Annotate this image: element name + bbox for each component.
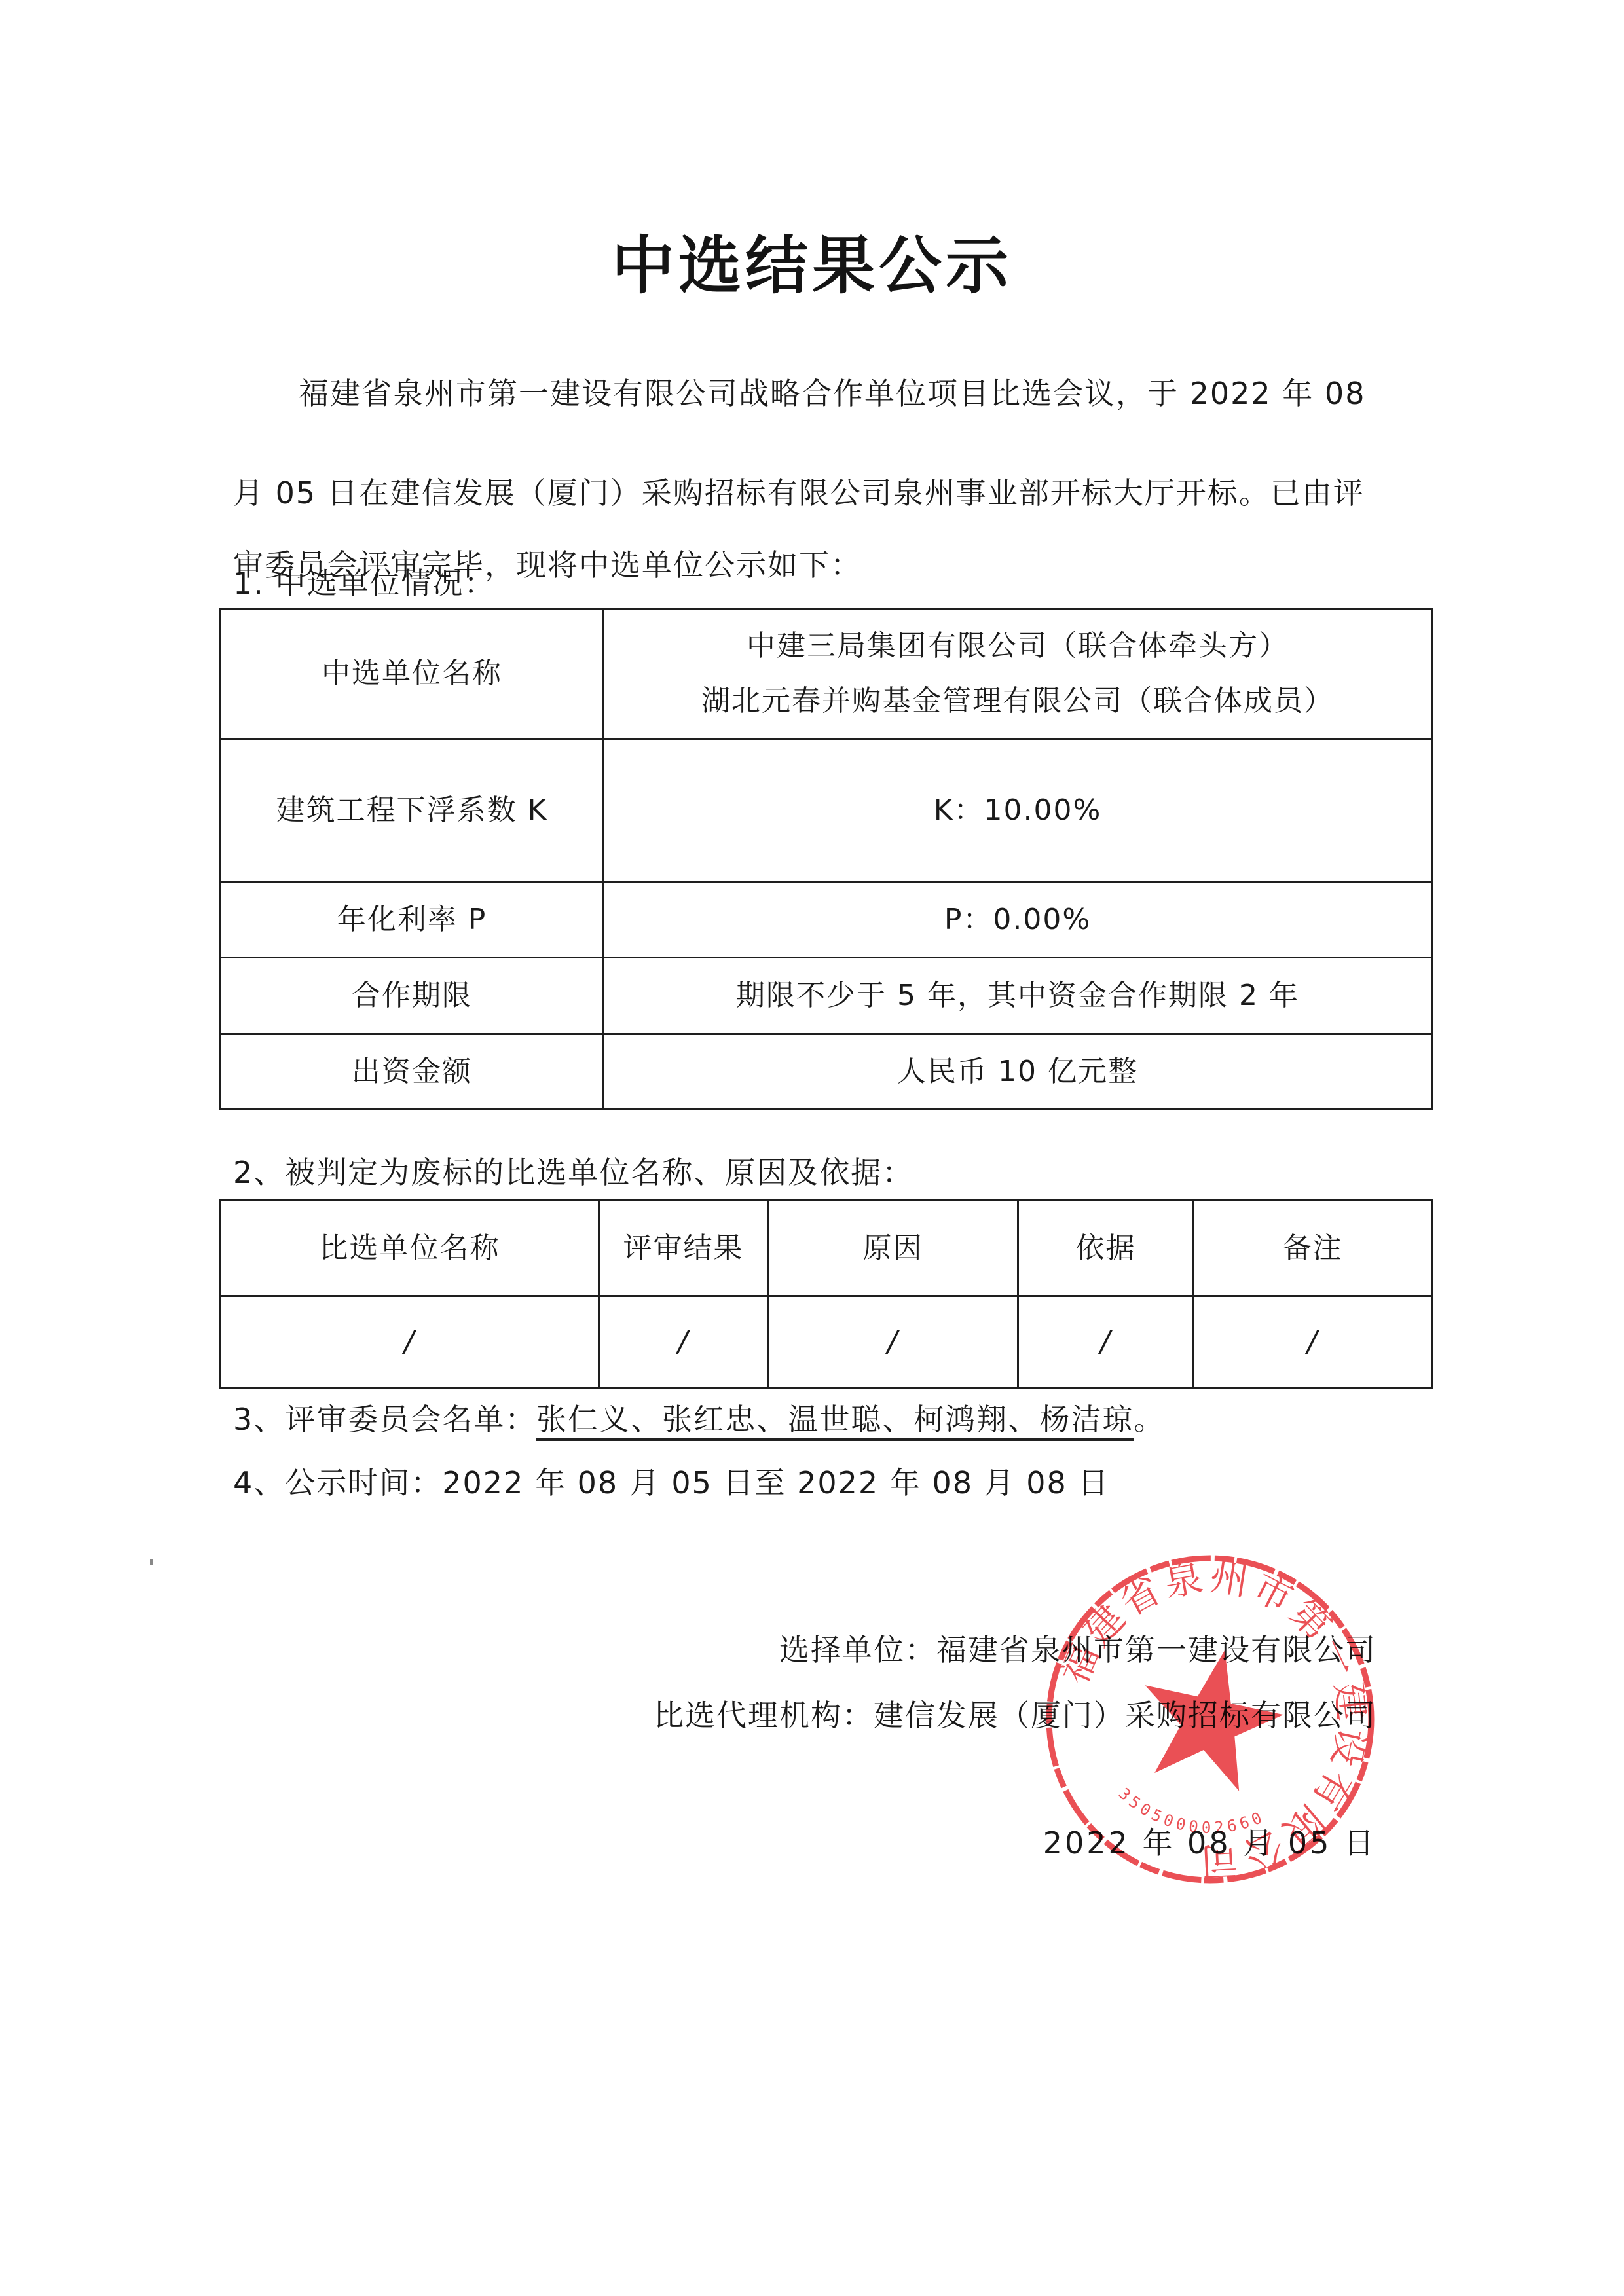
- row-value: 期限不少于 5 年，其中资金合作期限 2 年: [604, 958, 1432, 1034]
- document-title: 中选结果公示: [0, 216, 1624, 306]
- scan-speck: [150, 1559, 153, 1565]
- table-row: / / / / /: [221, 1296, 1432, 1388]
- disqualified-bidders-table: 比选单位名称 评审结果 原因 依据 备注 / / / / /: [219, 1199, 1433, 1389]
- row-label: 出资金额: [221, 1034, 604, 1110]
- intro-line-2: 月 05 日在建信发展（厦门）采购招标有限公司泉州事业部开标大厅开标。已由评: [233, 478, 1386, 508]
- table-header-row: 比选单位名称 评审结果 原因 依据 备注: [221, 1201, 1432, 1296]
- intro-line-1: 福建省泉州市第一建设有限公司战略合作单位项目比选会议，于 2022 年 08: [299, 378, 1451, 409]
- column-header: 原因: [768, 1201, 1018, 1296]
- table-row: 出资金额 人民币 10 亿元整: [221, 1034, 1432, 1110]
- table-cell: /: [768, 1296, 1018, 1388]
- section-4-publicity-period: 4、公示时间：2022 年 08 月 05 日至 2022 年 08 月 08 …: [233, 1468, 1109, 1498]
- row-value: P：0.00%: [604, 882, 1432, 958]
- committee-members: 张仁义、张红忠、温世聪、柯鸿翔、杨洁琼: [536, 1402, 1134, 1441]
- table-row: 建筑工程下浮系数 K K：10.00%: [221, 739, 1432, 882]
- column-header: 备注: [1194, 1201, 1432, 1296]
- table-row: 中选单位名称 中建三局集团有限公司（联合体牵头方） 湖北元春并购基金管理有限公司…: [221, 609, 1432, 739]
- agency-signature: 比选代理机构：建信发展（厦门）采购招标有限公司: [654, 1700, 1376, 1730]
- table-cell: /: [1018, 1296, 1194, 1388]
- column-header: 评审结果: [599, 1201, 768, 1296]
- committee-label: 3、评审委员会名单：: [233, 1402, 536, 1437]
- table-cell: /: [221, 1296, 599, 1388]
- section-1-heading: 1. 中选单位情况：: [233, 568, 496, 598]
- column-header: 比选单位名称: [221, 1201, 599, 1296]
- member-company: 湖北元春并购基金管理有限公司（联合体成员）: [604, 682, 1431, 720]
- section-2-heading: 2、被判定为废标的比选单位名称、原因及依据：: [233, 1157, 913, 1188]
- lead-company: 中建三局集团有限公司（联合体牵头方）: [604, 627, 1431, 665]
- winning-bidder-table: 中选单位名称 中建三局集团有限公司（联合体牵头方） 湖北元春并购基金管理有限公司…: [219, 608, 1433, 1110]
- table-cell: /: [599, 1296, 768, 1388]
- column-header: 依据: [1018, 1201, 1194, 1296]
- row-label: 合作期限: [221, 958, 604, 1034]
- row-label: 中选单位名称: [221, 609, 604, 739]
- table-cell: /: [1194, 1296, 1432, 1388]
- signature-date: 2022 年 08 月 05 日: [1043, 1828, 1376, 1858]
- row-value: 中建三局集团有限公司（联合体牵头方） 湖北元春并购基金管理有限公司（联合体成员）: [604, 609, 1432, 739]
- committee-suffix: 。: [1134, 1402, 1165, 1437]
- row-value: K：10.00%: [604, 739, 1432, 882]
- row-label: 年化利率 P: [221, 882, 604, 958]
- selector-signature: 选择单位：福建省泉州市第一建设有限公司: [779, 1635, 1376, 1665]
- table-row: 合作期限 期限不少于 5 年，其中资金合作期限 2 年: [221, 958, 1432, 1034]
- row-value: 人民币 10 亿元整: [604, 1034, 1432, 1110]
- section-3-committee: 3、评审委员会名单：张仁义、张红忠、温世聪、柯鸿翔、杨洁琼。: [233, 1404, 1165, 1434]
- table-row: 年化利率 P P：0.00%: [221, 882, 1432, 958]
- row-label: 建筑工程下浮系数 K: [221, 739, 604, 882]
